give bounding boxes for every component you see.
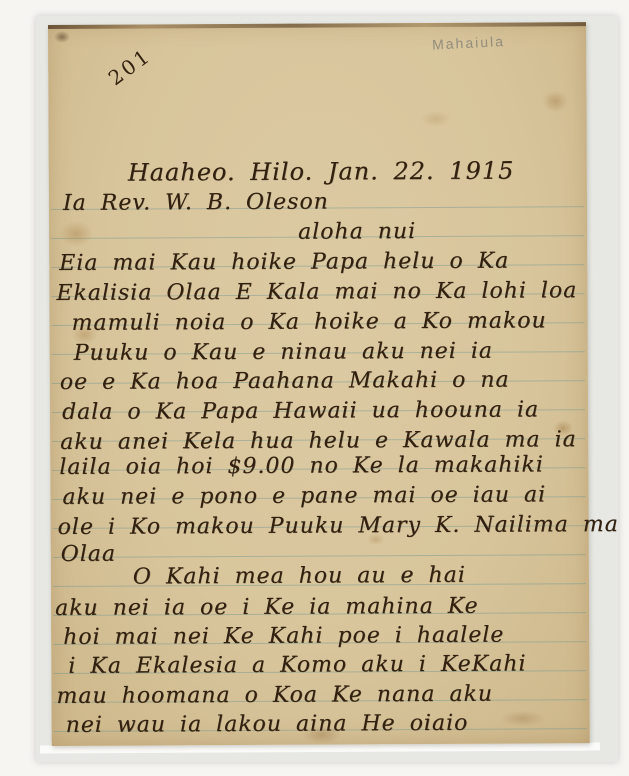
- body-line: O Kahi mea hou au e hai: [133, 563, 466, 590]
- body-line: ole i Ko makou Puuku Mary K. Nailima ma: [58, 512, 619, 540]
- salutation: aloha nui: [298, 219, 416, 245]
- body-line: hoi mai nei Ke Kahi poe i haalele: [63, 623, 504, 650]
- body-line: Ekalisia Olaa E Kala mai no Ka lohi loa: [56, 278, 577, 306]
- age-stain: [542, 90, 568, 112]
- body-line: aku nei ia oe i Ke ia mahina Ke: [55, 594, 479, 621]
- age-stain: [54, 31, 70, 43]
- archive-page-number: 201: [104, 43, 156, 90]
- body-line: Eia mai Kau hoike Papa helu o Ka: [59, 249, 509, 276]
- body-line: laila oia hoi $9.00 no Ke la makahiki: [59, 452, 544, 480]
- body-line: mamuli noia o Ka hoike a Ko makou: [71, 308, 546, 335]
- body-line: oe e Ka hoa Paahana Makahi o na: [60, 368, 510, 395]
- body-line: nei wau ia lakou aina He oiaio: [66, 711, 469, 738]
- body-line: aku nei e pono e pane mai oe iau ai: [62, 482, 546, 510]
- letter-paper: 201 Mahaiula Haaheo. Hilo. Jan. 22. 1915…: [48, 22, 590, 746]
- scanned-letter-page: 201 Mahaiula Haaheo. Hilo. Jan. 22. 1915…: [0, 0, 629, 776]
- body-line: Olaa: [61, 542, 116, 567]
- age-stain: [420, 111, 450, 127]
- body-line: aku anei Kela hua helu e Kawala ma ia: [60, 427, 577, 455]
- body-line: mau hoomana o Koa Ke nana aku: [56, 682, 493, 709]
- body-line: Puuku o Kau e ninau aku nei ia: [74, 339, 493, 366]
- recipient-line: Ia Rev. W. B. Oleson: [63, 190, 329, 216]
- body-line: i Ka Ekalesia a Komo aku i KeKahi: [68, 652, 526, 679]
- pencil-annotation: Mahaiula: [432, 33, 506, 53]
- body-line: dala o Ka Papa Hawaii ua hoouna ia: [62, 397, 539, 424]
- dateline: Haaheo. Hilo. Jan. 22. 1915: [128, 157, 515, 187]
